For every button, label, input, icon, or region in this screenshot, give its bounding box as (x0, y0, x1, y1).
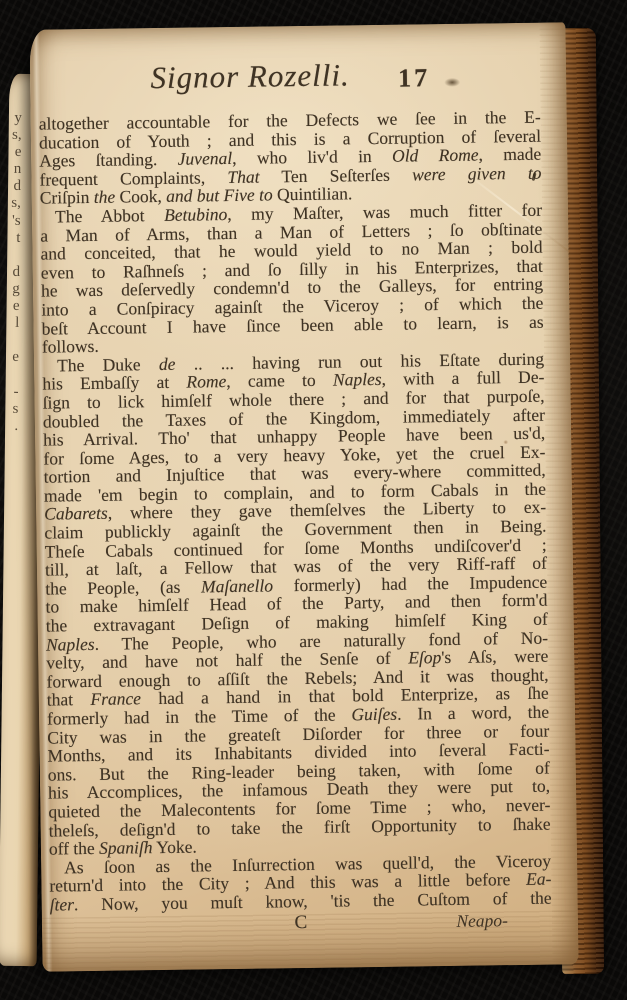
edge-letter (6, 366, 19, 383)
page-number: 17 (398, 63, 430, 93)
edge-letter (6, 332, 19, 349)
edge-letter: e (8, 144, 21, 161)
edge-letter: t (7, 229, 20, 246)
book-photo: ys,ends,'stdgele-s. Signor Rozelli. 17 a… (0, 0, 627, 1000)
catchword: Neapo- (456, 910, 508, 932)
edge-letter: l (6, 315, 19, 332)
edge-letter: . (5, 417, 18, 434)
paragraph: As ſoon as the Inſurrection was quell'd,… (49, 850, 552, 913)
edge-letter (7, 247, 20, 264)
paragraph: The Abbot Betubino, my Maſter, was much … (40, 200, 544, 356)
foxing-spot (503, 440, 508, 444)
paragraph: altogether accountable for the Defects w… (39, 107, 542, 207)
edge-letter: n (8, 161, 21, 178)
type-area: Signor Rozelli. 17 altogether accountabl… (38, 59, 552, 939)
paragraph: The Duke de .. ... having run out his Eſ… (42, 348, 551, 857)
edge-letter: e (6, 349, 19, 366)
edge-letter: s (5, 400, 18, 417)
edge-letter: g (7, 281, 20, 298)
edge-letter: d (8, 178, 21, 195)
facing-edge-letters: ys,ends,'stdgele-s. (5, 110, 22, 435)
page-header: Signor Rozelli. 17 (38, 59, 541, 114)
edge-letter: 's (8, 212, 21, 229)
edge-letter: - (5, 383, 18, 400)
edge-letter: d (7, 264, 20, 281)
edge-letter: y (9, 110, 22, 127)
book-page: Signor Rozelli. 17 altogether accountabl… (29, 22, 578, 971)
edge-letter: s, (9, 127, 22, 144)
edge-letter: e (7, 298, 20, 315)
text-body: altogether accountable for the Defects w… (39, 107, 552, 913)
edge-letter: s, (8, 195, 21, 212)
